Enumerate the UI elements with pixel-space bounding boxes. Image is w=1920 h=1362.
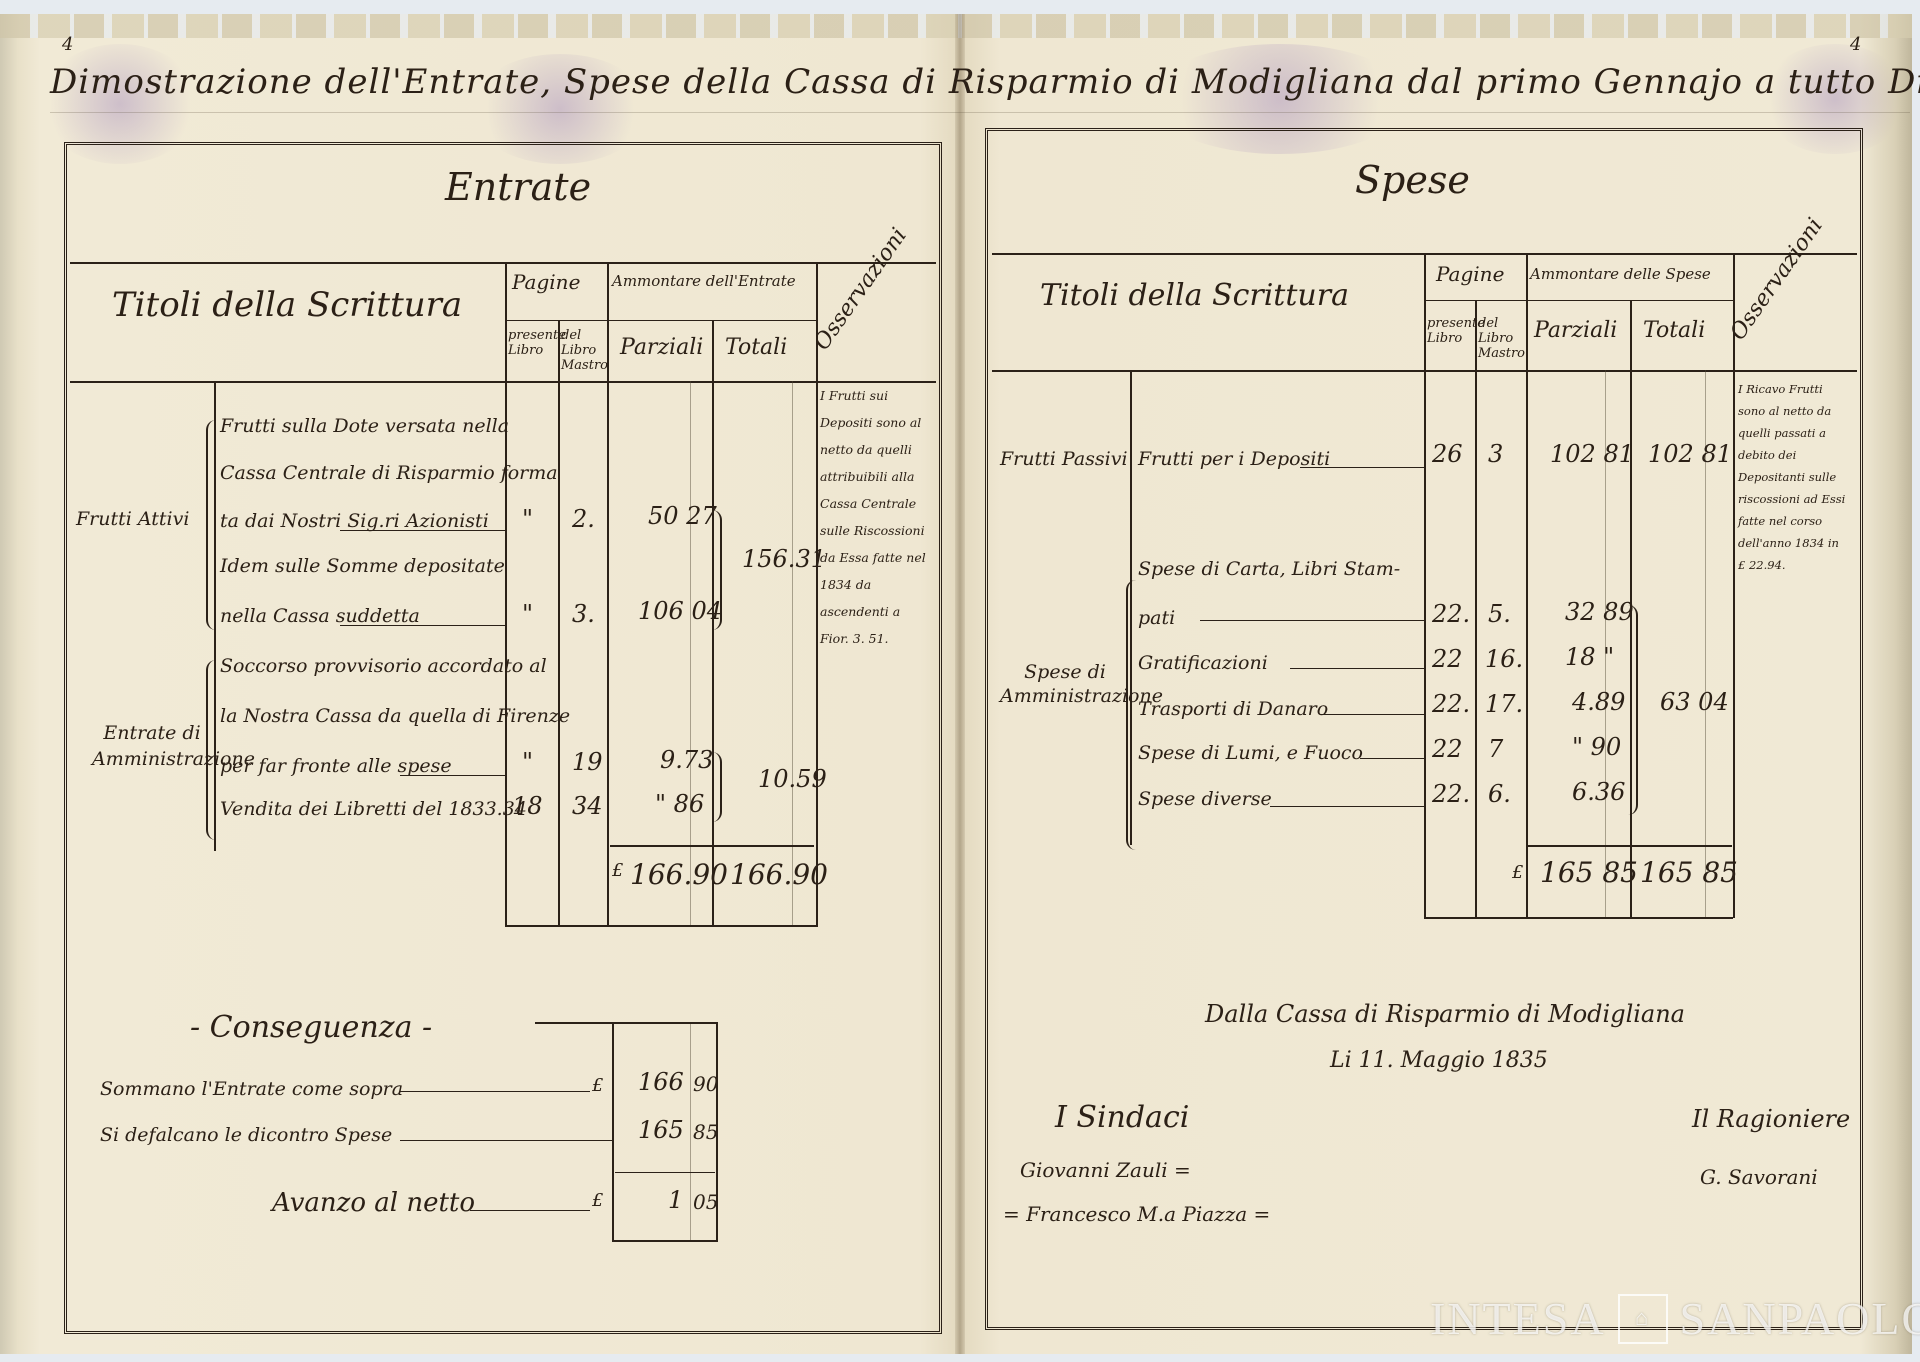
col-divider — [1733, 253, 1735, 918]
spese-row-mastro: 17. — [1485, 690, 1523, 718]
table-bottom — [505, 925, 607, 927]
spese-row-text: Gratificazioni — [1138, 652, 1268, 674]
spese-row-parziali: 18 " — [1565, 643, 1614, 671]
currency-symbol: £ — [592, 1190, 603, 1211]
page-number-left: 4 — [62, 34, 73, 55]
entrate-group-label: Entrate di Amministrazione — [92, 720, 212, 772]
entrate-osservazioni-note: I Frutti sui Depositi sono al netto da q… — [820, 382, 930, 652]
header-sub-divider — [505, 320, 816, 321]
group-brace — [206, 660, 218, 840]
entrate-row-text: la Nostra Cassa da quella di Firenze — [220, 705, 570, 727]
entrate-row-parziali: " 86 — [655, 790, 704, 818]
sindaco-signature: Giovanni Zauli = — [1020, 1158, 1191, 1182]
spese-row-pres: 22. — [1432, 690, 1470, 718]
entrate-row-text: Vendita dei Libretti del 1833.34 — [220, 798, 527, 820]
spese-osservazioni-note: I Ricavo Frutti sono al netto da quelli … — [1738, 378, 1848, 576]
leader-line — [400, 1091, 590, 1092]
table-bottom — [607, 925, 816, 927]
sindaci-label: I Sindaci — [1055, 1100, 1189, 1135]
spese-section-title: Spese — [1355, 158, 1470, 202]
conseguenza-top — [535, 1022, 717, 1024]
spese-group-total: 63 04 — [1660, 688, 1729, 716]
entrate-header-parziali: Parziali — [620, 335, 703, 360]
spese-row-text: Spese di Carta, Libri Stam- — [1138, 558, 1400, 580]
entrate-row-parziali: 9.73 — [660, 746, 713, 774]
total-rule — [610, 845, 814, 847]
conseguenza-title: - Conseguenza - — [190, 1010, 432, 1045]
conseguenza-col — [612, 1022, 614, 1242]
entrate-header-titoli: Titoli della Scrittura — [112, 285, 462, 325]
spese-header-titoli: Titoli della Scrittura — [1040, 278, 1349, 313]
entrate-header-totali: Totali — [725, 335, 787, 360]
spese-total-totali: 165 85 — [1640, 856, 1738, 889]
watermark-right: SANPAOLO — [1680, 1293, 1920, 1344]
total-brace — [712, 510, 722, 630]
spese-row-parziali: 102 81 — [1550, 440, 1634, 468]
entrate-row-text: ta dai Nostri Sig.ri Azionisti — [220, 510, 489, 532]
leader-line — [1200, 620, 1424, 621]
entrate-row-text: Soccorso provvisorio accordato al — [220, 655, 547, 677]
entrate-row-text: per far fronte alle spese — [220, 755, 452, 777]
spese-row-mastro: 3 — [1488, 440, 1503, 468]
entrate-row-pres: " — [522, 600, 533, 628]
watermark: INTESA⌂SANPAOLO — [1430, 1292, 1920, 1348]
leader-line — [1290, 668, 1424, 669]
col-divider — [1526, 253, 1528, 918]
entrate-row-pres: " — [522, 748, 533, 776]
group-brace — [206, 420, 218, 630]
spese-row-pres: 22. — [1432, 780, 1470, 808]
col-divider — [1475, 300, 1477, 918]
entrate-header-ammontare: Ammontare dell'Entrate — [612, 272, 796, 290]
spese-row-parziali: 32 89 — [1565, 598, 1634, 626]
leader-line — [340, 530, 505, 531]
entrate-row-mastro: 34 — [572, 792, 603, 820]
leader-line — [1300, 467, 1424, 468]
spese-header-parziali: Parziali — [1534, 318, 1617, 343]
spese-header-totali: Totali — [1643, 318, 1705, 343]
spese-row-text: Trasporti di Danaro — [1138, 698, 1328, 720]
entrate-row-text: nella Cassa suddetta — [220, 605, 420, 627]
spese-group-label: Spese di Amministrazione — [1000, 660, 1130, 708]
conseguenza-lire: 166 — [638, 1068, 684, 1096]
conseguenza-rule — [615, 1172, 715, 1173]
header-sub-divider — [1424, 300, 1733, 301]
group-brace — [1126, 580, 1138, 850]
entrate-row-mastro: 19 — [572, 748, 603, 776]
entrate-header-libro-mastro: del Libro Mastro — [561, 328, 606, 373]
spese-row-mastro: 6. — [1488, 780, 1511, 808]
currency-symbol: £ — [612, 860, 623, 881]
conseguenza-row-label: Si defalcano le dicontro Spese — [100, 1124, 392, 1146]
spese-row-parziali: 4.89 — [1572, 688, 1625, 716]
spese-group-label: Frutti Passivi — [1000, 448, 1128, 470]
entrate-total-totali: 166.90 — [730, 858, 828, 891]
entrate-row-text: Idem sulle Somme depositate — [220, 555, 505, 577]
watermark-left: INTESA — [1430, 1293, 1606, 1344]
col-divider — [505, 262, 507, 927]
spese-group-total: 102 81 — [1648, 440, 1732, 468]
entrate-row-parziali: 50 27 — [648, 502, 717, 530]
spese-row-text: Spese di Lumi, e Fuoco — [1138, 742, 1363, 764]
entrate-group-total: 156.31 — [742, 545, 826, 573]
spese-row-pres: 22. — [1432, 600, 1470, 628]
conseguenza-cent: 85 — [693, 1120, 718, 1144]
ragioniere-signature: G. Savorani — [1700, 1165, 1818, 1189]
conseguenza-row-label: Avanzo al netto — [272, 1188, 475, 1218]
book-gutter — [955, 14, 965, 1354]
divider — [70, 381, 936, 383]
spese-header-libro-mastro: del Libro Mastro — [1478, 316, 1524, 361]
ragioniere-label: Il Ragioniere — [1692, 1105, 1850, 1133]
entrate-row-mastro: 3. — [572, 600, 595, 628]
spese-row-mastro: 7 — [1488, 735, 1503, 763]
currency-symbol: £ — [1512, 862, 1523, 883]
col-divider — [1424, 253, 1426, 918]
entrate-row-parziali: 106 04 — [638, 597, 722, 625]
table-bottom — [1424, 917, 1733, 919]
entrate-row-text: Cassa Centrale di Risparmio forma — [220, 462, 558, 484]
col-divider — [558, 320, 560, 927]
entrate-group-total: 10.59 — [758, 765, 827, 793]
total-brace — [712, 752, 722, 822]
spese-row-parziali: 6.36 — [1572, 778, 1625, 806]
conseguenza-lire: 1 — [668, 1186, 683, 1214]
total-rule — [1528, 845, 1732, 847]
entrate-header-pagine: Pagine — [512, 270, 580, 294]
page-number-right: 4 — [1850, 34, 1861, 55]
place-line: Dalla Cassa di Risparmio di Modigliana — [1205, 1000, 1685, 1028]
divider — [70, 262, 936, 264]
entrate-total-parziali: 166.90 — [630, 858, 728, 891]
entrate-row-text: Frutti sulla Dote versata nella — [220, 415, 509, 437]
conseguenza-cent: 05 — [693, 1190, 718, 1214]
spese-row-text: Spese diverse — [1138, 788, 1272, 810]
spese-header-pagine: Pagine — [1436, 262, 1504, 286]
leader-line — [340, 625, 505, 626]
entrate-row-pres: " — [522, 505, 533, 533]
leader-line — [400, 775, 505, 776]
currency-symbol: £ — [592, 1075, 603, 1096]
leader-line — [470, 1210, 590, 1211]
spese-row-mastro: 16. — [1485, 645, 1523, 673]
spese-header-presente-libro: presente Libro — [1427, 316, 1473, 346]
entrate-header-presente-libro: presente Libro — [508, 328, 556, 358]
spese-total-parziali: 165 85 — [1540, 856, 1638, 889]
document-title: Dimostrazione dell'Entrate, Spese della … — [50, 62, 1910, 113]
entrate-row-pres: 18 — [512, 792, 543, 820]
col-divider — [816, 262, 818, 927]
conseguenza-lire: 165 — [638, 1116, 684, 1144]
entrate-row-mastro: 2. — [572, 505, 595, 533]
date-line: Li 11. Maggio 1835 — [1330, 1048, 1548, 1073]
spese-row-mastro: 5. — [1488, 600, 1511, 628]
leader-line — [1270, 806, 1424, 807]
sindaco-signature: = Francesco M.a Piazza = — [1003, 1202, 1270, 1226]
conseguenza-bottom — [612, 1240, 717, 1242]
spese-row-pres: 22 — [1432, 645, 1463, 673]
total-brace — [1628, 605, 1638, 815]
leader-line — [1360, 758, 1424, 759]
conseguenza-cent: 90 — [693, 1072, 718, 1096]
leader-line — [400, 1140, 612, 1141]
leader-line — [1320, 714, 1424, 715]
conseguenza-cent-col — [690, 1022, 691, 1242]
spese-row-text: pati — [1138, 607, 1175, 629]
conseguenza-row-label: Sommano l'Entrate come sopra — [100, 1078, 403, 1100]
spese-row-parziali: " 90 — [1572, 733, 1621, 761]
spese-row-pres: 26 — [1432, 440, 1463, 468]
bridge-logo-icon: ⌂ — [1618, 1294, 1668, 1344]
spese-row-pres: 22 — [1432, 735, 1463, 763]
entrate-section-title: Entrate — [445, 165, 591, 209]
spese-header-ammontare: Ammontare delle Spese — [1530, 265, 1711, 283]
entrate-group-label: Frutti Attivi — [76, 508, 189, 530]
